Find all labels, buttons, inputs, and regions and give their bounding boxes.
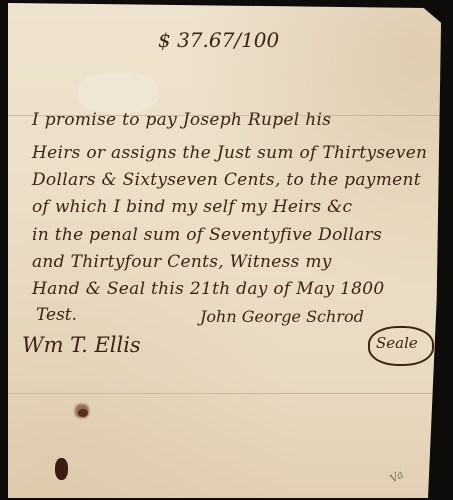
body-line: I promise to pay Joseph Rupel his <box>32 110 331 130</box>
seal-mark: Seale <box>368 326 434 366</box>
witness-signature: Wm T. Ellis <box>22 333 141 357</box>
body-line: Dollars & Sixtyseven Cents, to the payme… <box>32 170 421 190</box>
body-line: Heirs or assigns the Just sum of Thirtys… <box>32 143 427 163</box>
attest-label: Test. <box>36 305 77 325</box>
embossed-stamp <box>78 73 158 113</box>
fold-line <box>8 393 441 394</box>
body-line: and Thirtyfour Cents, Witness my <box>32 252 332 272</box>
signer-signature: John George Schrod <box>200 307 364 326</box>
body-line: of which I bind my self my Heirs &c <box>32 197 352 217</box>
body-line: Hand & Seal this 21th day of May 1800 <box>32 279 384 299</box>
body-line: in the penal sum of Seventyfive Dollars <box>32 225 382 245</box>
ink-blot <box>55 458 68 480</box>
amount-heading: $ 37.67/100 <box>158 28 279 52</box>
document-paper <box>8 3 441 498</box>
ink-stain <box>78 409 88 417</box>
seal-label: Seale <box>376 334 418 352</box>
